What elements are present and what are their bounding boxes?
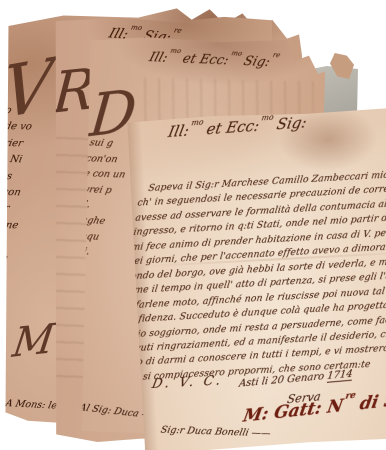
- salutation-text: Ill:: [147, 50, 169, 66]
- superscript: re: [173, 26, 183, 35]
- salutation-text: et Ecc:: [177, 51, 231, 68]
- flourish-initial: M: [10, 319, 56, 364]
- closing-initials: D. V. C.: [151, 373, 225, 392]
- addressee-line: Sig:r Duca Bonelli ——: [160, 425, 272, 440]
- handwriting-fragment: Vous n: [0, 250, 12, 267]
- salutation-text: Ill:: [167, 121, 191, 141]
- handwriting-fragment: e con un: [82, 166, 127, 183]
- letter-body: Sapeva il Sig:r Marchese Camillo Zambecc…: [112, 166, 386, 386]
- handwriting-fragment: sui g: [88, 135, 135, 152]
- handwriting-fragment: et Ni: [0, 152, 35, 169]
- handwriting-fragment: con'on: [84, 151, 131, 168]
- letter-salutation: Ill:mo et Ecc:mo Sig:re: [147, 50, 280, 71]
- handwriting-fragment: Pour: [0, 234, 16, 251]
- dateline-year: 1714: [326, 368, 353, 382]
- handwriting-fragment: plaisi: [0, 266, 9, 283]
- handwriting-fragment-column: ode voprieret NiCe set cond'aur— renePou…: [0, 103, 46, 332]
- salutation-text: Sig:: [238, 54, 272, 70]
- handwriting-fragment: de vo: [2, 119, 42, 136]
- letter-sheet-front: Ill:mo et Ecc:mo Sig: Sapeva il Sig:r Ma…: [126, 104, 386, 450]
- handwriting-fragment: pourri: [0, 283, 5, 300]
- handwriting-fragment: prier: [0, 136, 39, 153]
- salutation-text: Sig:: [270, 113, 308, 134]
- handwriting-fragment: — send: [0, 299, 1, 316]
- handwriting-fragment: et con: [0, 185, 27, 202]
- superscript: re: [272, 51, 282, 59]
- handwriting-fragment: d'aur: [0, 201, 24, 218]
- handwriting-fragment: o: [3, 103, 46, 120]
- superscript: mo: [191, 117, 205, 127]
- photograph-stack-of-letters: V ode voprieret NiCe set cond'aur— reneP…: [0, 0, 386, 450]
- salutation-text: et Ecc:: [200, 116, 261, 138]
- signature-text: di Sauoia: [352, 385, 386, 415]
- handwriting-fragment: — rene: [0, 217, 20, 234]
- signature-text: M: Gatt: N: [242, 396, 345, 427]
- handwriting-fragment: Ce s: [0, 168, 31, 185]
